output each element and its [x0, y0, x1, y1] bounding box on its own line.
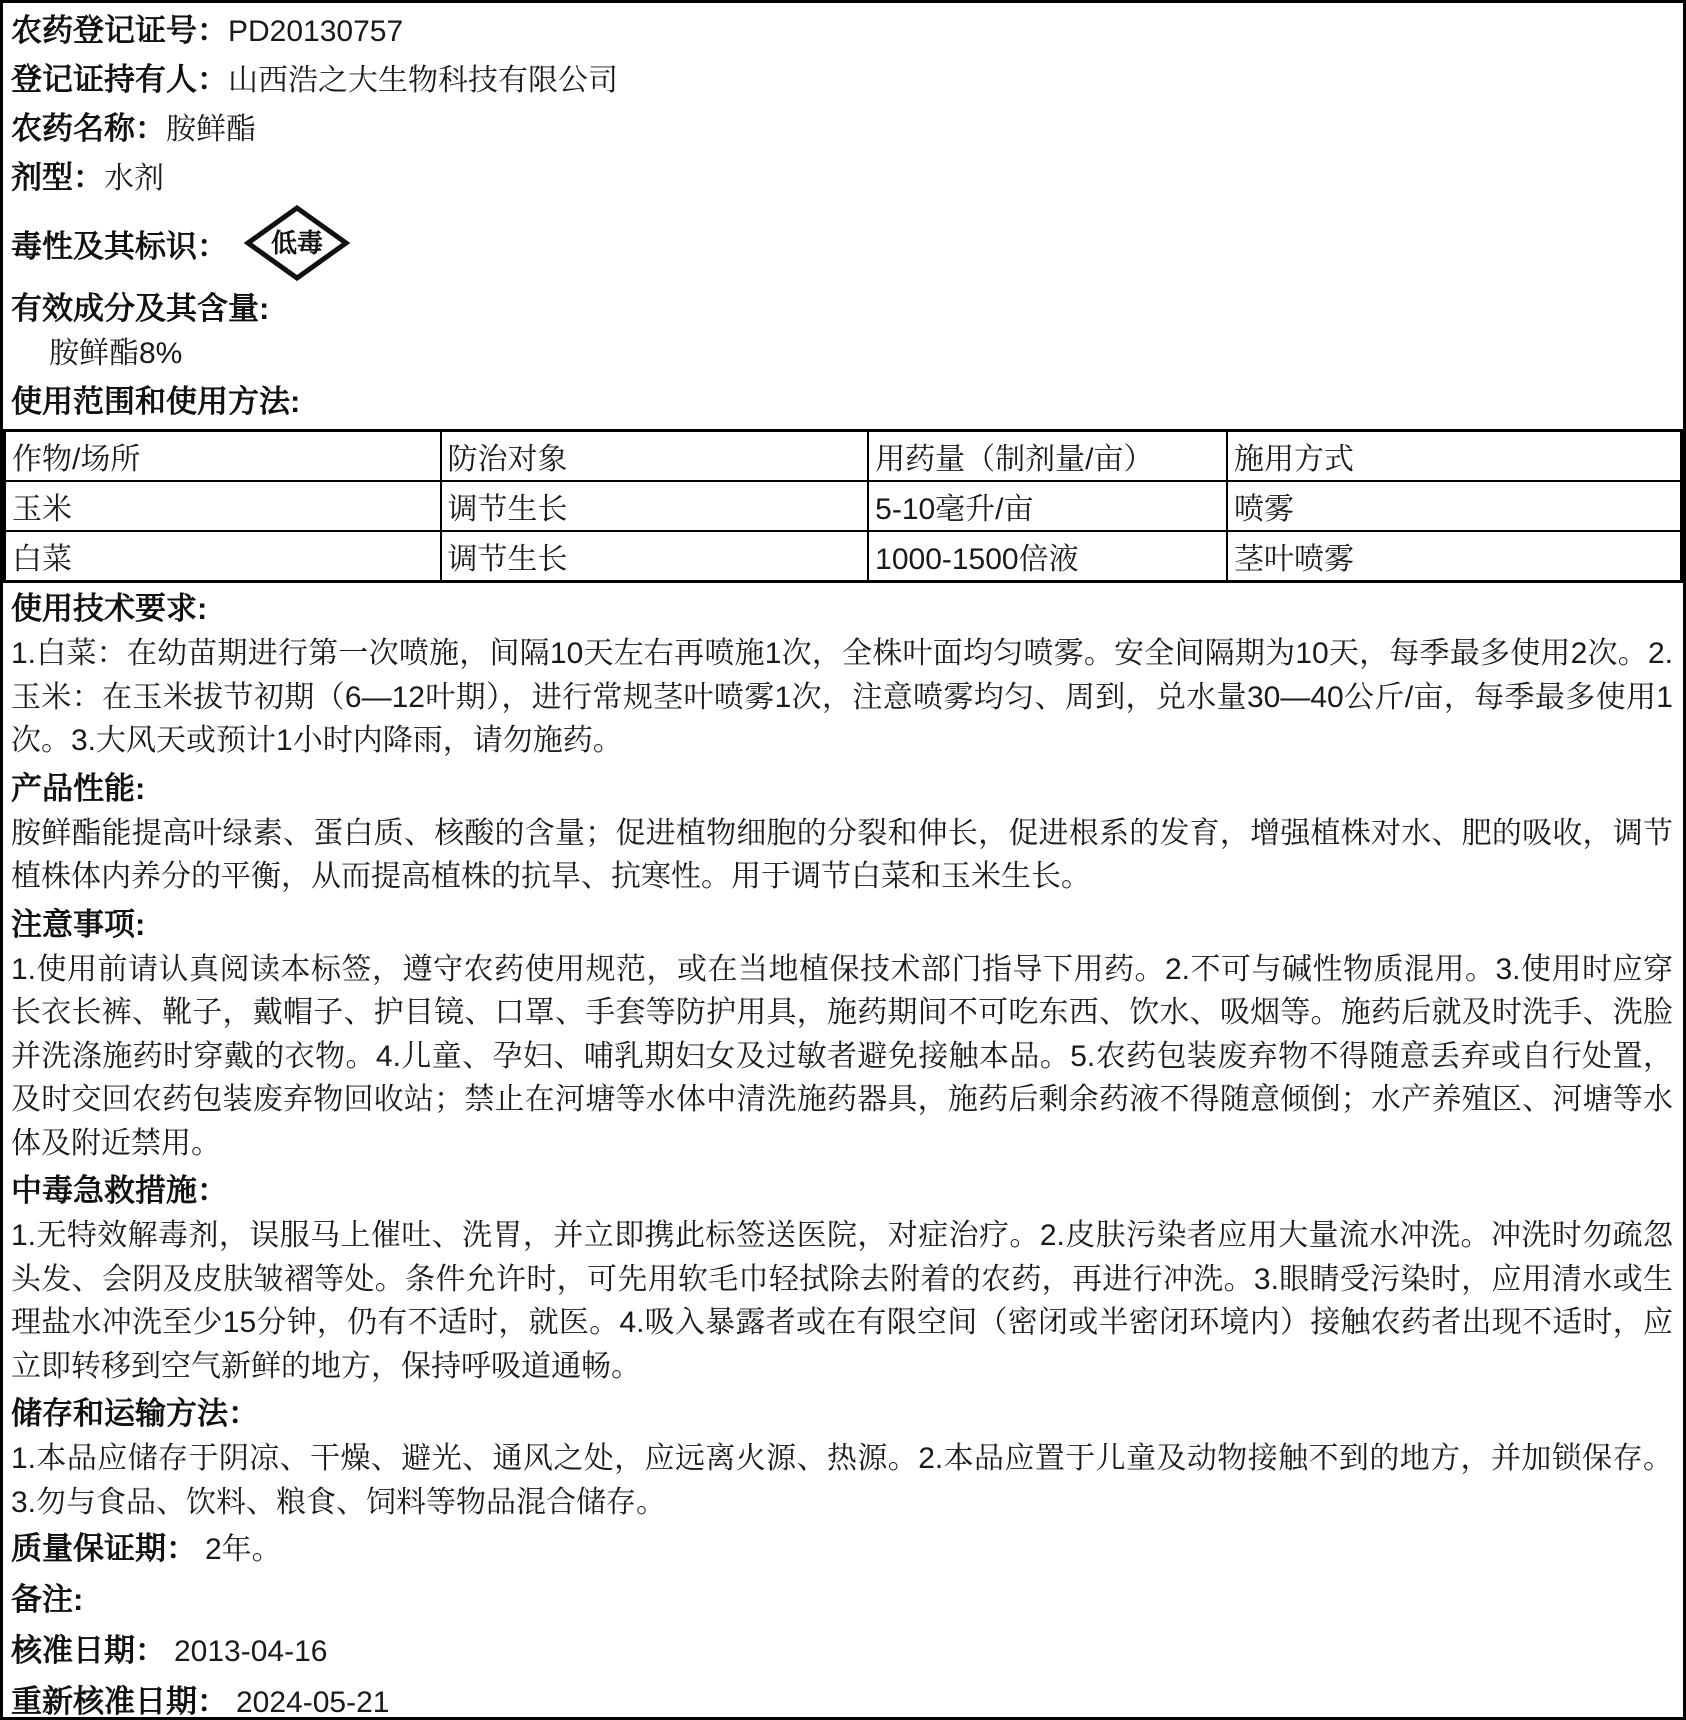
- formulation-value: 水剂: [104, 162, 164, 195]
- usage-table-header-dosage: 用药量（制剂量/亩）: [868, 431, 1227, 482]
- remarks-row: 备注:: [11, 1575, 1673, 1626]
- precautions-body: 1.使用前请认真阅读本标签，遵守农药使用规范，或在当地植保技术部门指导下用药。2…: [11, 948, 1673, 1166]
- toxicity-row: 毒性及其标识： 低毒: [11, 203, 1673, 283]
- usage-table-cell: 调节生长: [441, 481, 869, 531]
- usage-table: 作物/场所 防治对象 用药量（制剂量/亩） 施用方式 玉米 调节生长 5-10毫…: [3, 429, 1683, 583]
- usage-table-header-target: 防治对象: [441, 431, 869, 482]
- approval-date-row: 核准日期：2013-04-16: [11, 1626, 1673, 1677]
- registrant-label: 登记证持有人：: [11, 62, 228, 97]
- remarks-label: 备注:: [11, 1582, 83, 1617]
- first-aid-body: 1.无特效解毒剂，误服马上催吐、洗胃，并立即携此标签送医院，对症治疗。2.皮肤污…: [11, 1214, 1673, 1388]
- approval-date-value: 2013-04-16: [174, 1635, 327, 1668]
- active-ingredient-value: 胺鲜酯8%: [11, 332, 1673, 376]
- precautions-section: 注意事项: 1.使用前请认真阅读本标签，遵守农药使用规范，或在当地植保技术部门指…: [11, 902, 1673, 1166]
- storage-transport-section: 储存和运输方法： 1.本品应储存于阴凉、干燥、避光、通风之处，应远离火源、热源。…: [11, 1391, 1673, 1524]
- usage-table-header-crop: 作物/场所: [5, 431, 441, 482]
- registrant-value: 山西浩之大生物科技有限公司: [228, 64, 618, 97]
- first-aid-heading: 中毒急救措施：: [11, 1168, 1673, 1214]
- warranty-period-label: 质量保证期：: [11, 1531, 197, 1566]
- usage-method-heading: 使用范围和使用方法:: [11, 379, 1673, 425]
- low-toxicity-icon-text: 低毒: [271, 228, 323, 258]
- pesticide-name-row: 农药名称：胺鲜酯: [11, 105, 1673, 154]
- tech-requirements-body: 1.白菜：在幼苗期进行第一次喷施，间隔10天左右再喷施1次，全株叶面均匀喷雾。安…: [11, 632, 1673, 763]
- pesticide-label: 农药登记证号：PD20130757 登记证持有人：山西浩之大生物科技有限公司 农…: [0, 0, 1686, 1720]
- usage-table-cell: 茎叶喷雾: [1227, 531, 1681, 582]
- usage-table-cell: 喷雾: [1227, 481, 1681, 531]
- usage-table-cell: 玉米: [5, 481, 441, 531]
- usage-table-row-corn: 玉米 调节生长 5-10毫升/亩 喷雾: [5, 481, 1682, 531]
- usage-table-cell: 1000-1500倍液: [868, 531, 1227, 582]
- registration-number-row: 农药登记证号：PD20130757: [11, 7, 1673, 56]
- tech-requirements-section: 使用技术要求: 1.白菜：在幼苗期进行第一次喷施，间隔10天左右再喷施1次，全株…: [11, 586, 1673, 763]
- precautions-heading: 注意事项:: [11, 902, 1673, 948]
- usage-table-cell: 白菜: [5, 531, 441, 582]
- reapproval-date-row: 重新核准日期：2024-05-21: [11, 1677, 1673, 1720]
- usage-table-header-application: 施用方式: [1227, 431, 1681, 482]
- product-performance-heading: 产品性能:: [11, 766, 1673, 812]
- usage-table-cell: 5-10毫升/亩: [868, 481, 1227, 531]
- product-performance-body: 胺鲜酯能提高叶绿素、蛋白质、核酸的含量；促进植物细胞的分裂和伸长，促进根系的发育…: [11, 812, 1673, 899]
- first-aid-section: 中毒急救措施： 1.无特效解毒剂，误服马上催吐、洗胃，并立即携此标签送医院，对症…: [11, 1168, 1673, 1388]
- registration-number-value: PD20130757: [228, 15, 403, 48]
- product-performance-section: 产品性能: 胺鲜酯能提高叶绿素、蛋白质、核酸的含量；促进植物细胞的分裂和伸长，促…: [11, 766, 1673, 899]
- formulation-label: 剂型：: [11, 160, 104, 195]
- pesticide-name-label: 农药名称：: [11, 111, 166, 146]
- pesticide-name-value: 胺鲜酯: [166, 113, 256, 146]
- warranty-period-value: 2年。: [205, 1533, 282, 1566]
- usage-table-row-cabbage: 白菜 调节生长 1000-1500倍液 茎叶喷雾: [5, 531, 1682, 582]
- low-toxicity-diamond-icon: 低毒: [244, 204, 350, 282]
- reapproval-date-label: 重新核准日期：: [11, 1684, 228, 1719]
- reapproval-date-value: 2024-05-21: [236, 1686, 389, 1719]
- toxicity-label: 毒性及其标识：: [11, 221, 228, 266]
- approval-date-label: 核准日期：: [11, 1633, 166, 1668]
- usage-table-header-row: 作物/场所 防治对象 用药量（制剂量/亩） 施用方式: [5, 431, 1682, 482]
- registration-number-label: 农药登记证号：: [11, 13, 228, 48]
- tech-requirements-heading: 使用技术要求:: [11, 586, 1673, 632]
- usage-table-cell: 调节生长: [441, 531, 869, 582]
- registrant-row: 登记证持有人：山西浩之大生物科技有限公司: [11, 56, 1673, 105]
- storage-transport-body: 1.本品应储存于阴凉、干燥、避光、通风之处，应远离火源、热源。2.本品应置于儿童…: [11, 1437, 1673, 1524]
- warranty-period-row: 质量保证期：2年。: [11, 1524, 1673, 1575]
- formulation-row: 剂型：水剂: [11, 154, 1673, 203]
- storage-transport-heading: 储存和运输方法：: [11, 1391, 1673, 1437]
- active-ingredient-heading: 有效成分及其含量:: [11, 286, 1673, 332]
